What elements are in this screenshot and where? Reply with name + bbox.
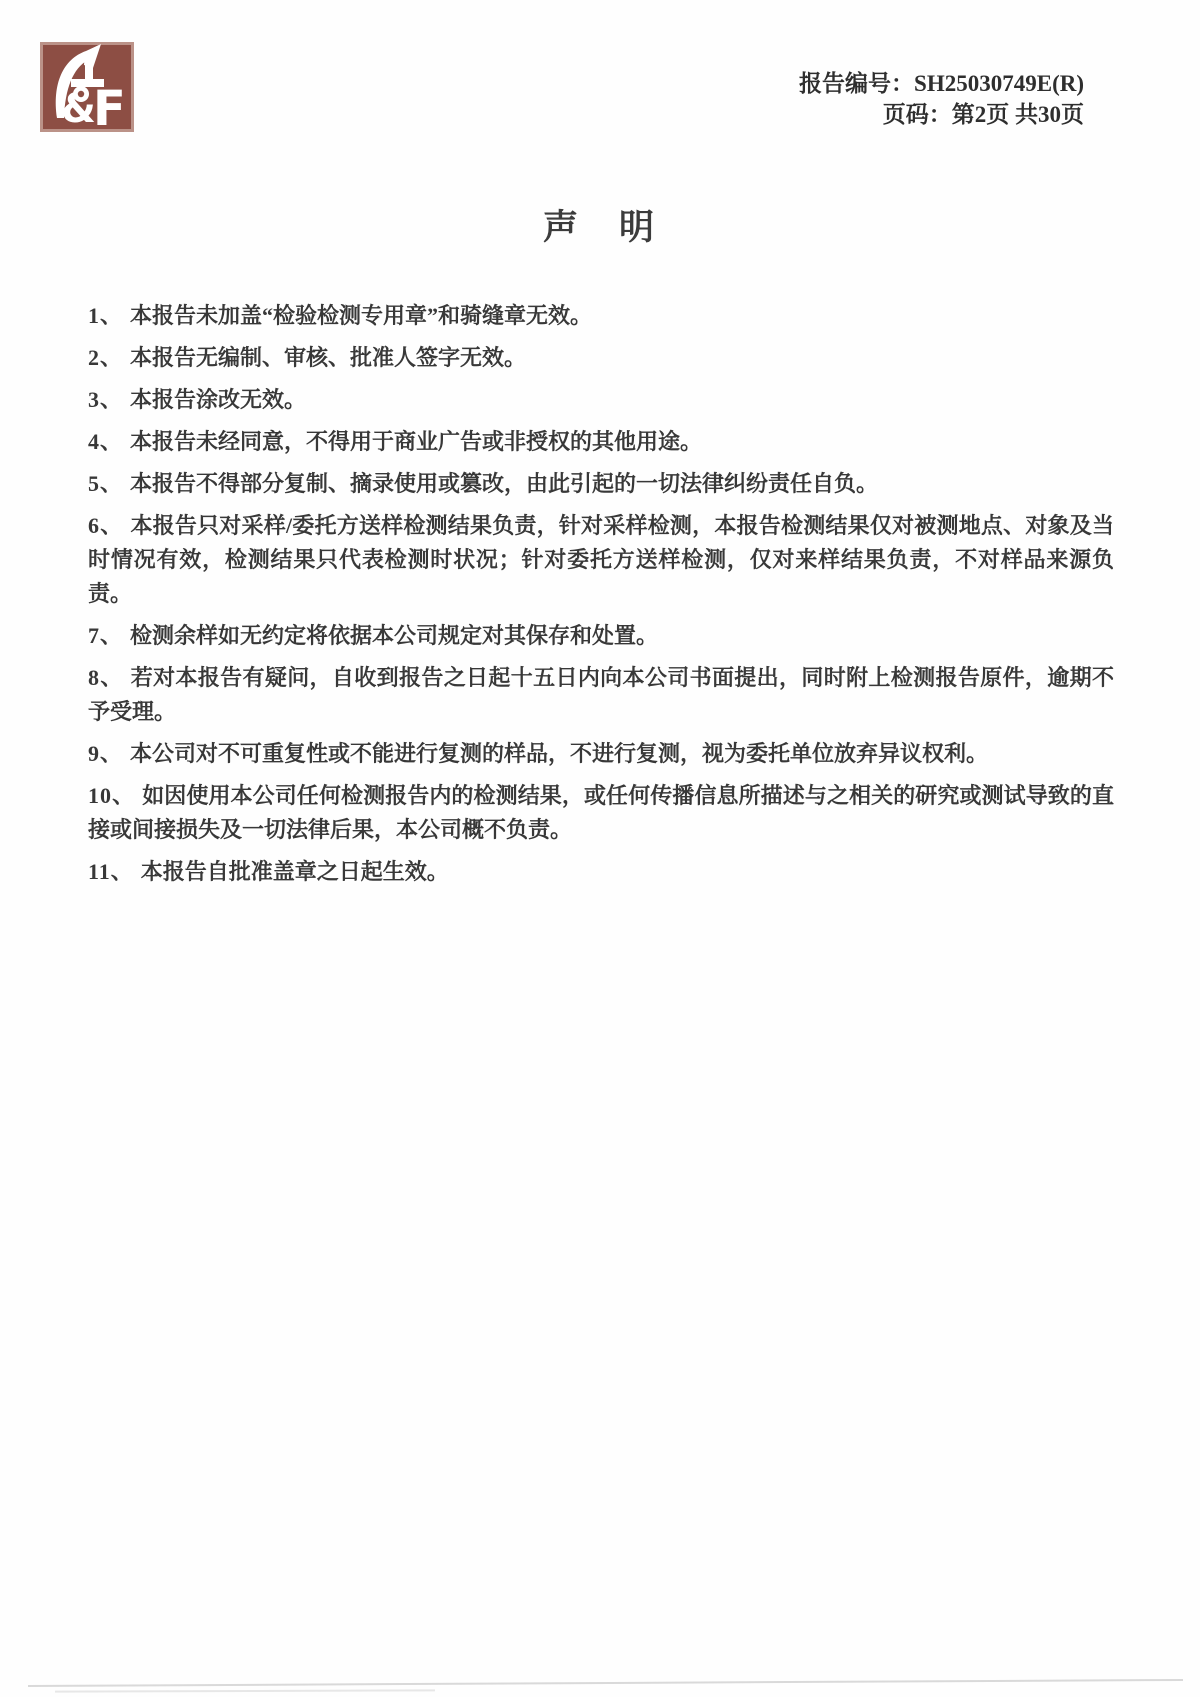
statement-text: 本报告自批准盖章之日起生效。	[141, 859, 449, 884]
statement-number: 11、	[88, 859, 134, 884]
statement-item-1: 1、本报告未加盖“检验检测专用章”和骑缝章无效。	[88, 299, 1114, 333]
statement-text: 本报告未加盖“检验检测专用章”和骑缝章无效。	[130, 303, 592, 328]
report-number-value: SH25030749E(R)	[914, 71, 1084, 96]
statement-number: 3、	[88, 387, 123, 412]
statement-item-7: 7、检测余样如无约定将依据本公司规定对其保存和处置。	[88, 619, 1114, 653]
report-meta: 报告编号：SH25030749E(R) 页码：第2页 共30页	[799, 68, 1084, 130]
statement-text: 如因使用本公司任何检测报告内的检测结果，或任何传播信息所描述与之相关的研究或测试…	[88, 783, 1114, 842]
af-logo-icon: & F	[40, 42, 134, 132]
statement-number: 8、	[88, 665, 124, 690]
statement-number: 9、	[88, 741, 123, 766]
statement-text: 本报告涂改无效。	[130, 387, 306, 412]
report-page: & F 报告编号：SH25030749E(R) 页码：第2页 共30页 声 明 …	[0, 0, 1200, 1697]
svg-text:F: F	[93, 81, 126, 132]
statement-list: 1、本报告未加盖“检验检测专用章”和骑缝章无效。 2、本报告无编制、审核、批准人…	[88, 299, 1114, 897]
statement-text: 本报告无编制、审核、批准人签字无效。	[130, 345, 526, 370]
statement-number: 4、	[88, 429, 123, 454]
statement-text: 本公司对不可重复性或不能进行复测的样品，不进行复测，视为委托单位放弃异议权利。	[130, 741, 988, 766]
statement-item-8: 8、若对本报告有疑问，自收到报告之日起十五日内向本公司书面提出，同时附上检测报告…	[88, 661, 1114, 729]
statement-text: 若对本报告有疑问，自收到报告之日起十五日内向本公司书面提出，同时附上检测报告原件…	[88, 665, 1114, 724]
statement-item-3: 3、本报告涂改无效。	[88, 383, 1114, 417]
scan-artifact-line	[55, 1689, 435, 1692]
statement-item-2: 2、本报告无编制、审核、批准人签字无效。	[88, 341, 1114, 375]
statement-number: 6、	[88, 513, 123, 538]
report-number-label: 报告编号：	[799, 71, 914, 96]
statement-text: 本报告未经同意，不得用于商业广告或非授权的其他用途。	[130, 429, 702, 454]
page-title: 声 明	[0, 200, 1200, 250]
page-number-value: 第2页 共30页	[952, 102, 1084, 127]
statement-item-11: 11、本报告自批准盖章之日起生效。	[88, 855, 1114, 889]
statement-number: 10、	[88, 783, 135, 808]
statement-text: 本报告只对采样/委托方送样检测结果负责，针对采样检测，本报告检测结果仅对被测地点…	[88, 513, 1114, 606]
statement-item-10: 10、如因使用本公司任何检测报告内的检测结果，或任何传播信息所描述与之相关的研究…	[88, 779, 1114, 847]
statement-number: 5、	[88, 471, 123, 496]
statement-number: 1、	[88, 303, 123, 328]
scan-artifact-line	[28, 1679, 1183, 1687]
statement-number: 2、	[88, 345, 123, 370]
report-number-line: 报告编号：SH25030749E(R)	[799, 68, 1084, 99]
company-logo: & F	[40, 42, 134, 132]
statement-text: 本报告不得部分复制、摘录使用或篡改，由此引起的一切法律纠纷责任自负。	[130, 471, 878, 496]
page-number-label: 页码：	[883, 102, 952, 127]
statement-item-4: 4、本报告未经同意，不得用于商业广告或非授权的其他用途。	[88, 425, 1114, 459]
statement-item-5: 5、本报告不得部分复制、摘录使用或篡改，由此引起的一切法律纠纷责任自负。	[88, 467, 1114, 501]
page-number-line: 页码：第2页 共30页	[799, 99, 1084, 130]
statement-number: 7、	[88, 623, 123, 648]
statement-text: 检测余样如无约定将依据本公司规定对其保存和处置。	[130, 623, 658, 648]
statement-item-6: 6、本报告只对采样/委托方送样检测结果负责，针对采样检测，本报告检测结果仅对被测…	[88, 509, 1114, 611]
statement-item-9: 9、本公司对不可重复性或不能进行复测的样品，不进行复测，视为委托单位放弃异议权利…	[88, 737, 1114, 771]
